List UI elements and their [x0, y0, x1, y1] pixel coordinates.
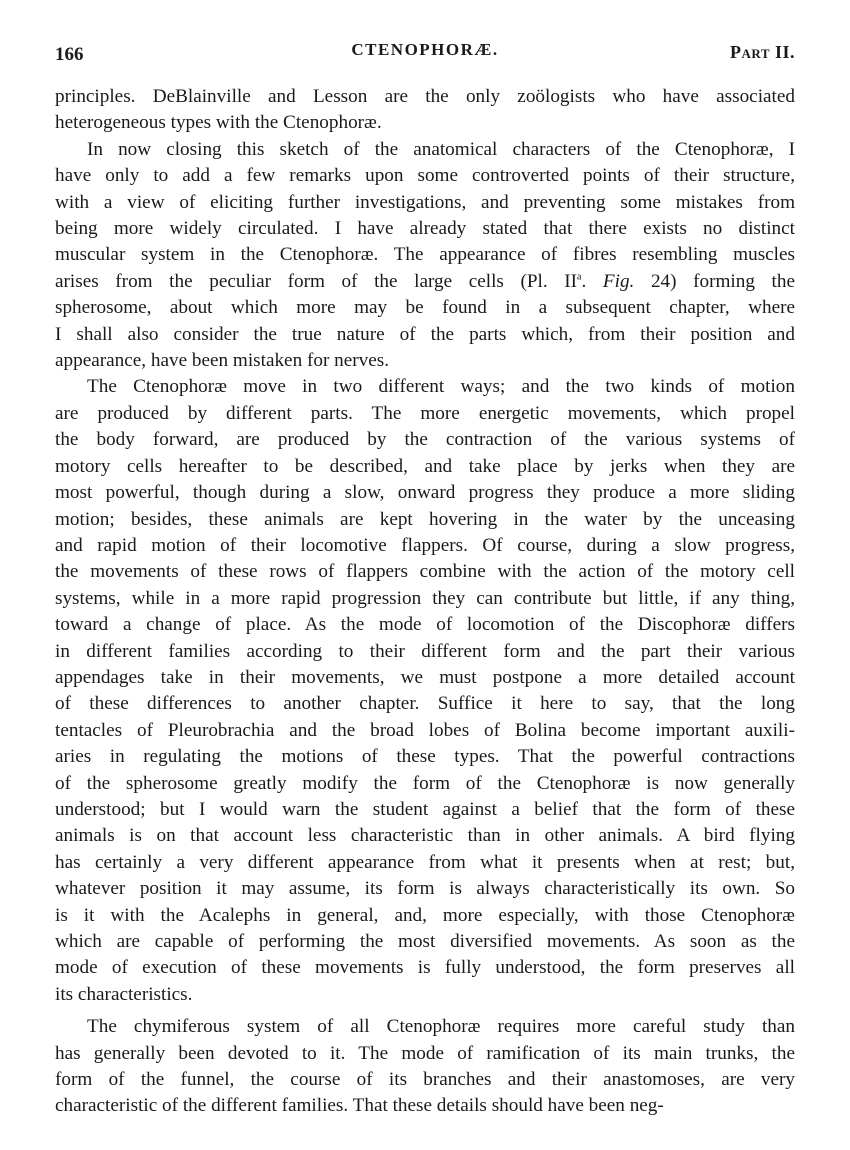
text-line: whatever position it may assume, its for… [55, 876, 795, 902]
text-line: spherosome, about which more may be foun… [55, 295, 795, 321]
paragraph: The chymiferous system of all Ctenophoræ… [55, 1014, 795, 1120]
text-line: appendages take in their movements, we m… [55, 665, 795, 691]
text-line: toward a change of place. As the mode of… [55, 612, 795, 638]
text-line: tentacles of Pleurobrachia and the broad… [55, 718, 795, 744]
text-line: most powerful, though during a slow, onw… [55, 480, 795, 506]
text-line: of the spherosome greatly modify the for… [55, 771, 795, 797]
text-line: has generally been devoted to it. The mo… [55, 1041, 795, 1067]
text-line: appearance, have been mistaken for nerve… [55, 348, 795, 374]
text-line: form of the funnel, the course of its br… [55, 1067, 795, 1093]
text-line: I shall also consider the true nature of… [55, 322, 795, 348]
paragraph: principles. DeBlainville and Lesson are … [55, 84, 795, 137]
text-line: the movements of these rows of flappers … [55, 559, 795, 585]
text-line: being more widely circulated. I have alr… [55, 216, 795, 242]
text-line: The chymiferous system of all Ctenophoræ… [55, 1014, 795, 1040]
text-line: and rapid motion of their locomotive fla… [55, 533, 795, 559]
text-line: The Ctenophoræ move in two different way… [55, 374, 795, 400]
text-line: heterogeneous types with the Ctenophoræ. [55, 110, 795, 136]
paragraph: In now closing this sketch of the anatom… [55, 137, 795, 375]
running-title: CTENOPHORÆ. [55, 40, 795, 60]
text-line: with a view of eliciting further investi… [55, 190, 795, 216]
book-page: 166 CTENOPHORÆ. Part II. principles. DeB… [0, 0, 850, 1150]
text-line: In now closing this sketch of the anatom… [55, 137, 795, 163]
text-line: animals is on that account less characte… [55, 823, 795, 849]
text-line: its characteristics. [55, 982, 795, 1008]
text-line: understood; but I would warn the student… [55, 797, 795, 823]
body-text: principles. DeBlainville and Lesson are … [55, 84, 795, 1120]
paragraph: The Ctenophoræ move in two different way… [55, 374, 795, 1008]
page-header: 166 CTENOPHORÆ. Part II. [55, 40, 795, 70]
text-line: the body forward, are produced by the co… [55, 427, 795, 453]
text-line: are produced by different parts. The mor… [55, 401, 795, 427]
text-line: has certainly a very different appearanc… [55, 850, 795, 876]
text-line: of these differences to another chapter.… [55, 691, 795, 717]
text-line: motory cells hereafter to be described, … [55, 454, 795, 480]
plate-superscript: a [577, 271, 581, 282]
text-line: motion; besides, these animals are kept … [55, 507, 795, 533]
text-line: which are capable of performing the most… [55, 929, 795, 955]
text-line: characteristic of the different families… [55, 1093, 795, 1119]
text-line: muscular system in the Ctenophoræ. The a… [55, 242, 795, 268]
text-line: systems, while in a more rapid progressi… [55, 586, 795, 612]
text-line: in different families according to their… [55, 639, 795, 665]
text-line: arises from the peculiar form of the lar… [55, 269, 795, 295]
text-line: have only to add a few remarks upon some… [55, 163, 795, 189]
text-line: is it with the Acalephs in general, and,… [55, 903, 795, 929]
text-line: mode of execution of these movements is … [55, 955, 795, 981]
part-label: Part II. [730, 42, 795, 63]
text-line: aries in regulating the motions of these… [55, 744, 795, 770]
text-line: principles. DeBlainville and Lesson are … [55, 84, 795, 110]
figure-label: Fig. [603, 271, 634, 292]
